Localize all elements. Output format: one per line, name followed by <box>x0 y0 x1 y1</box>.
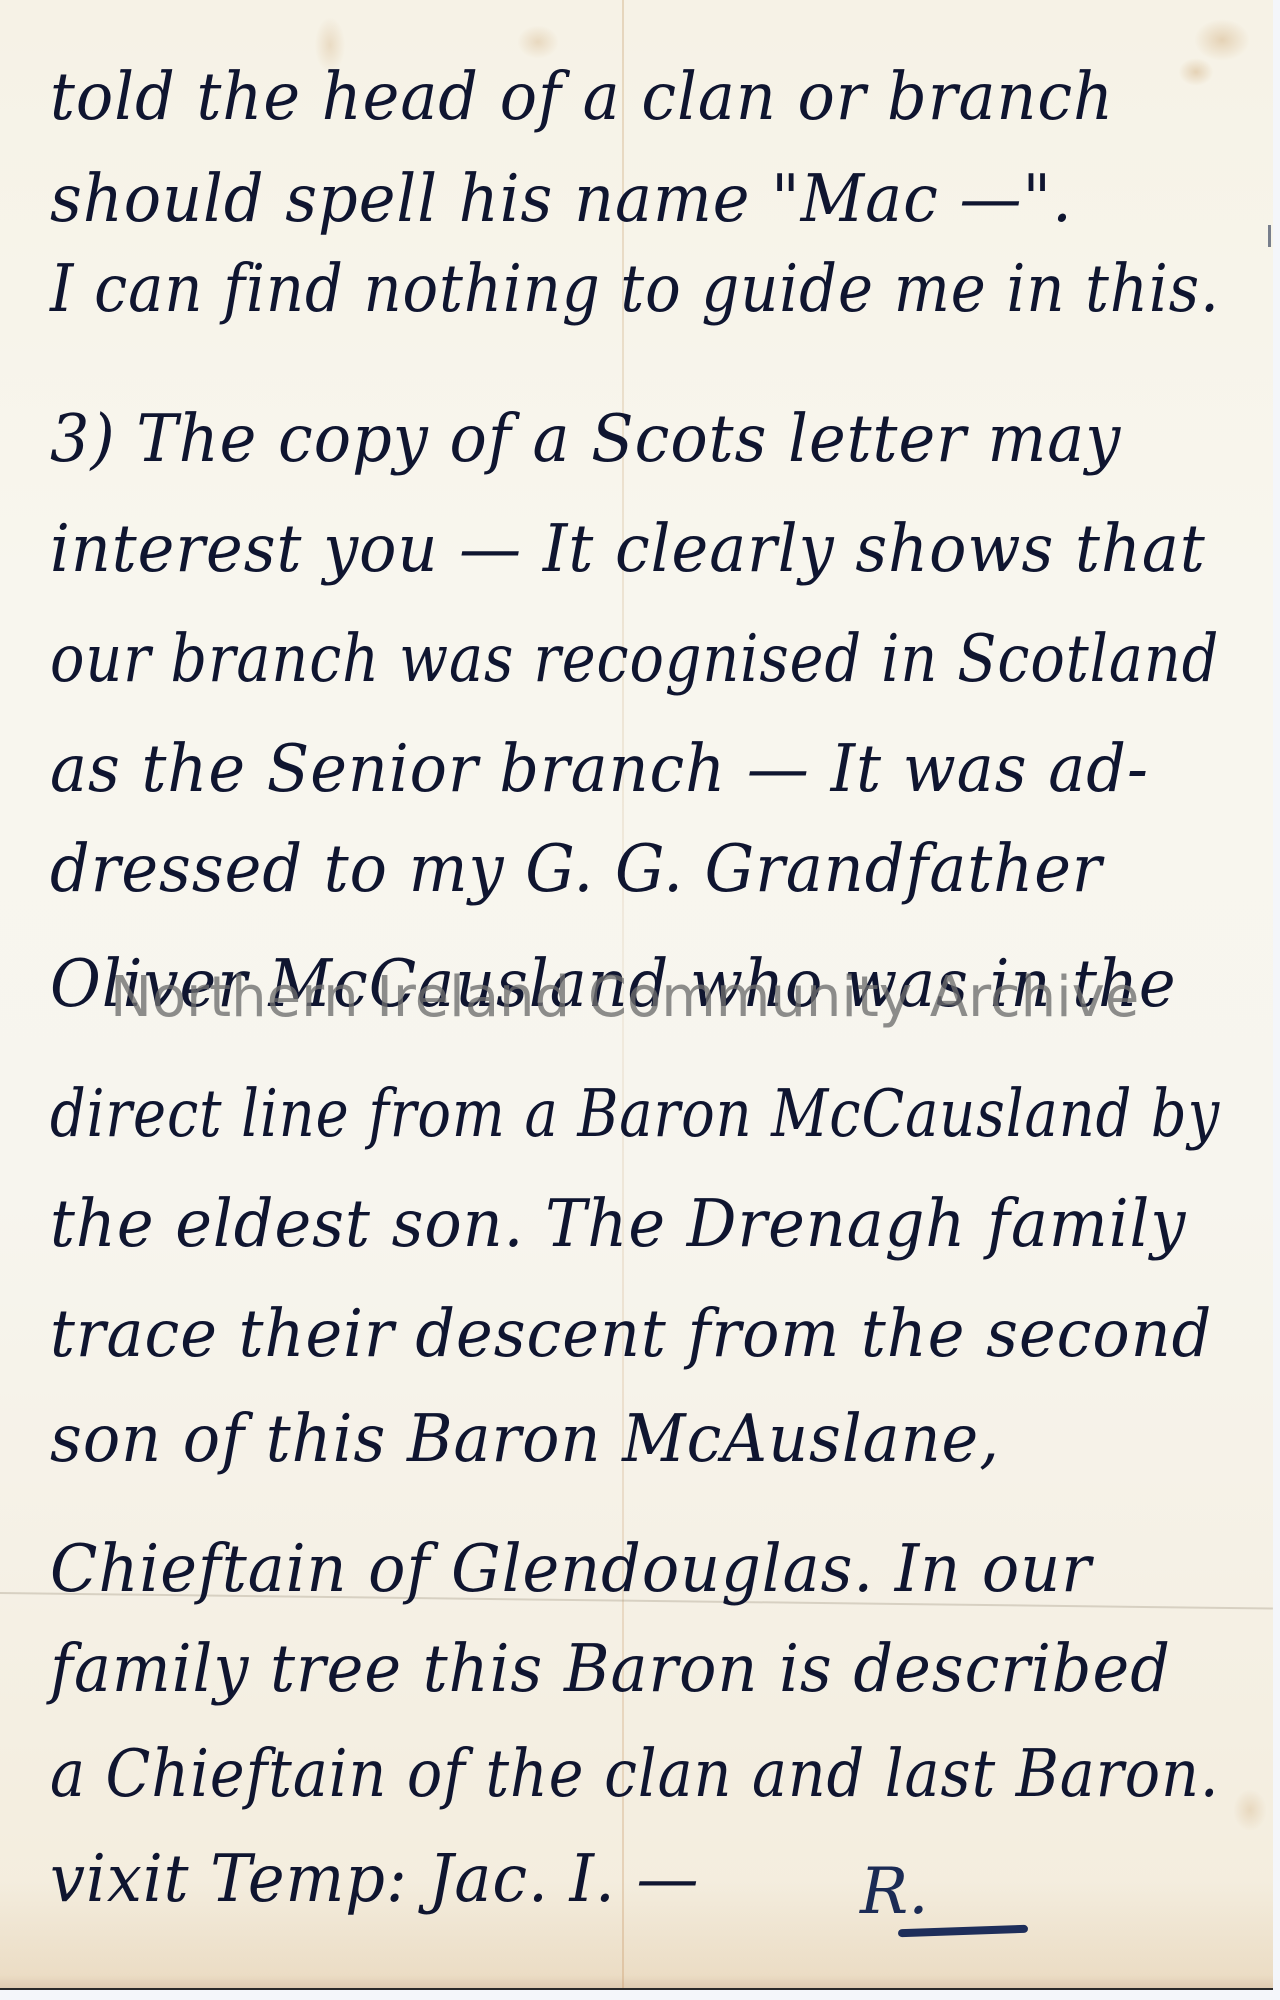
letter-line-13: son of this Baron McAuslane, <box>50 1400 1000 1477</box>
letter-line-1: told the head of a clan or branch <box>50 58 1114 135</box>
edge-ink-mark <box>1268 225 1271 247</box>
letter-line-12: trace their descent from the second <box>50 1295 1212 1372</box>
letter-line-9: Oliver McCausland who was in the <box>50 945 1177 1022</box>
letter-page: told the head of a clan or branch should… <box>0 0 1273 1988</box>
letter-line-5: interest you — It clearly shows that <box>50 510 1206 587</box>
letter-line-4: 3) The copy of a Scots letter may <box>50 400 1121 477</box>
letter-line-3: I can find nothing to guide me in this. <box>50 250 1220 327</box>
letter-line-11: the eldest son. The Drenagh family <box>50 1185 1186 1262</box>
letter-line-7: as the Senior branch — It was ad- <box>50 730 1149 807</box>
letter-line-17: vixit Temp: Jac. I. — <box>50 1840 699 1917</box>
letter-line-2: should spell his name "Mac —". <box>50 160 1073 237</box>
letter-line-16: a Chieftain of the clan and last Baron. <box>50 1735 1219 1812</box>
letter-line-6: our branch was recognised in Scotland <box>50 620 1219 697</box>
letter-line-15: family tree this Baron is described <box>50 1630 1171 1707</box>
letter-line-10: direct line from a Baron McCausland by <box>50 1075 1220 1152</box>
letter-line-14: Chieftain of Glendouglas. In our <box>50 1530 1092 1607</box>
letter-line-8: dressed to my G. G. Grandfather <box>50 830 1103 907</box>
signature: R. <box>860 1855 929 1929</box>
